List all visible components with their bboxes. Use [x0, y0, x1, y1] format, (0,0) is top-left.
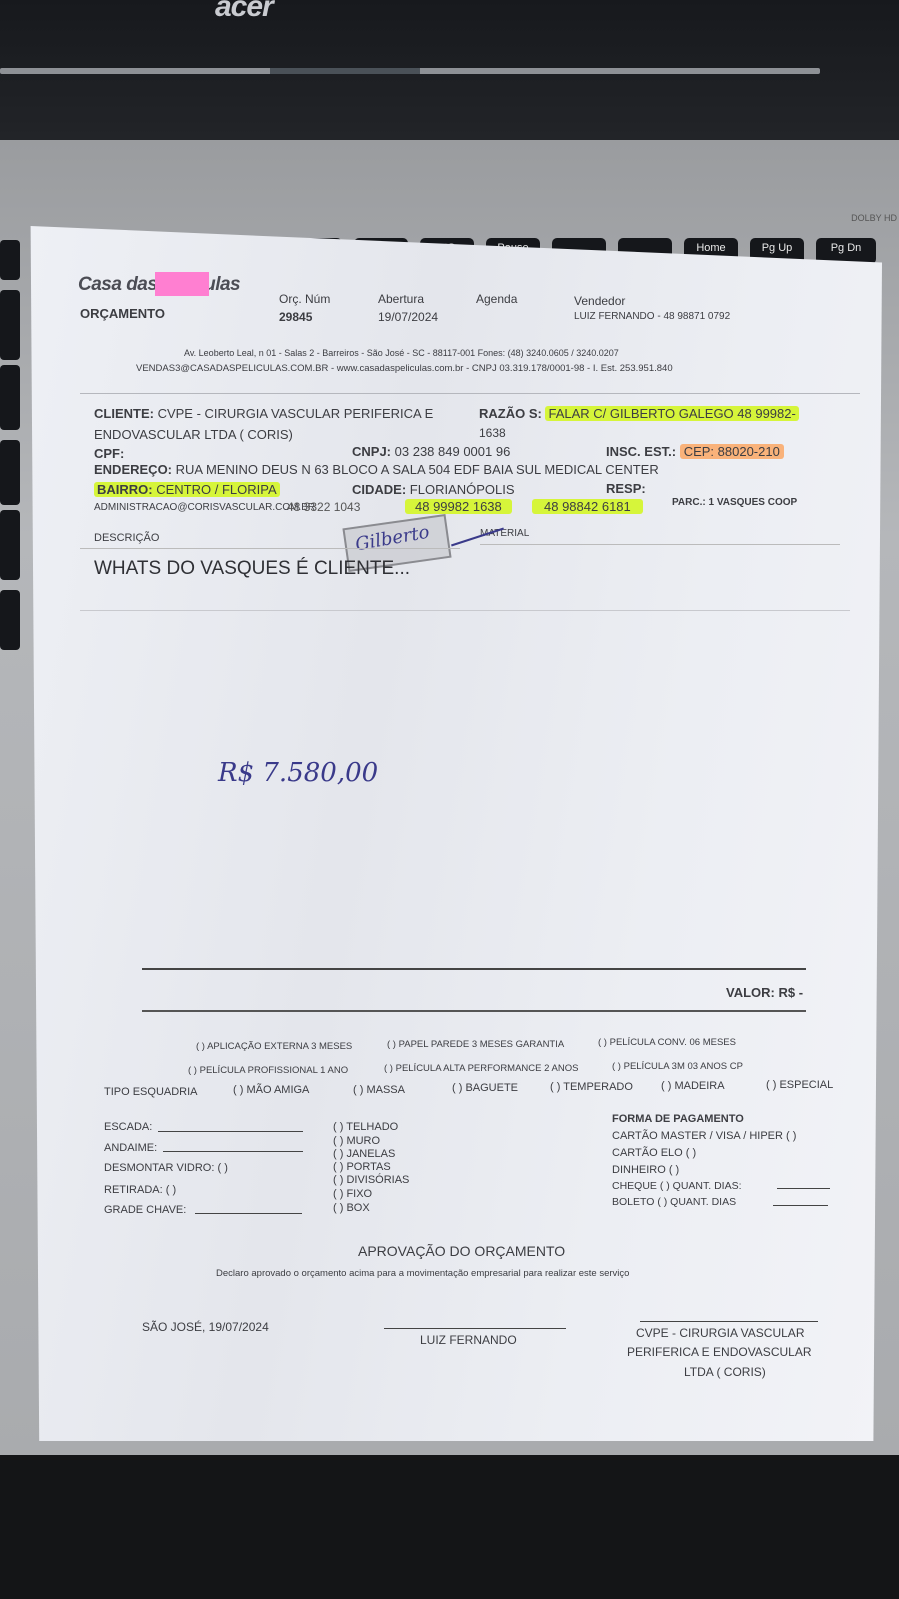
- esquadria-option[interactable]: ( ) MÃO AMIGA: [233, 1084, 309, 1096]
- cidade-value: FLORIANÓPOLIS: [410, 482, 515, 497]
- razao-field: RAZÃO S: FALAR C/ GILBERTO GALEGO 48 999…: [479, 406, 799, 421]
- value-line: [142, 1010, 806, 1012]
- location-option[interactable]: ( ) DIVISÓRIAS: [333, 1174, 409, 1186]
- orc-num-label: Orç. Núm: [279, 292, 330, 306]
- esquadria-option[interactable]: ( ) ESPECIAL: [766, 1079, 833, 1091]
- cnpj-value: 03 238 849 0001 96: [395, 444, 511, 459]
- client-signature-line3: LTDA ( CORIS): [684, 1365, 766, 1379]
- dolby-label: DOLBY HD: [851, 213, 897, 223]
- parc-info: PARC.: 1 VASQUES COOP: [672, 497, 797, 508]
- service-option[interactable]: ( ) APLICAÇÃO EXTERNA 3 MESES: [196, 1041, 352, 1052]
- abertura-date: 19/07/2024: [378, 310, 438, 324]
- left-key: [0, 365, 20, 430]
- client-signature-line2: PERIFERICA E ENDOVASCULAR: [627, 1345, 812, 1359]
- grade-chave-field: GRADE CHAVE:: [104, 1204, 186, 1216]
- razao-label: RAZÃO S:: [479, 406, 542, 421]
- payment-option[interactable]: DINHEIRO ( ): [612, 1164, 679, 1176]
- location-option[interactable]: ( ) JANELAS: [333, 1148, 395, 1160]
- laptop-bezel: acer: [0, 0, 899, 140]
- cliente-field: CLIENTE: CVPE - CIRURGIA VASCULAR PERIFE…: [94, 406, 433, 421]
- andaime-field: ANDAIME:: [104, 1142, 157, 1154]
- divider: [80, 548, 460, 549]
- left-key: [0, 510, 20, 580]
- descricao-text: WHATS DO VASQUES É CLIENTE...: [94, 558, 410, 580]
- esquadria-option[interactable]: ( ) TEMPERADO: [550, 1081, 633, 1093]
- company-address: Av. Leoberto Leal, n 01 - Salas 2 - Barr…: [184, 348, 619, 358]
- client-signature-line[interactable]: [640, 1321, 818, 1322]
- divider: [80, 393, 860, 394]
- razao-value: FALAR C/ GILBERTO GALEGO 48 99982-: [545, 406, 798, 421]
- laptop-brand-logo: acer: [215, 0, 273, 24]
- left-key: [0, 440, 20, 505]
- cliente-value: CVPE - CIRURGIA VASCULAR PERIFERICA E: [158, 406, 434, 421]
- place-date: SÃO JOSÉ, 19/07/2024: [142, 1320, 269, 1334]
- company-contact: VENDAS3@CASADASPELICULAS.COM.BR - www.ca…: [136, 363, 673, 374]
- insc-label: INSC. EST.:: [606, 444, 676, 459]
- payment-option[interactable]: CHEQUE ( ) QUANT. DIAS:: [612, 1180, 742, 1192]
- client-phone-2: 48 98842 6181: [532, 499, 643, 514]
- andaime-input-line[interactable]: [163, 1151, 303, 1152]
- redaction-mark: [155, 272, 209, 296]
- seller-signature-line[interactable]: [384, 1328, 566, 1329]
- cpf-label: CPF:: [94, 446, 124, 461]
- seller-signature-name: LUIZ FERNANDO: [420, 1333, 517, 1347]
- cliente-value-line2: ENDOVASCULAR LTDA ( CORIS): [94, 427, 293, 442]
- valor-label: VALOR: R$ -: [726, 985, 803, 1000]
- esquadria-option[interactable]: ( ) MASSA: [353, 1084, 405, 1096]
- grade-chave-input-line[interactable]: [195, 1213, 302, 1214]
- cidade-field: CIDADE: FLORIANÓPOLIS: [352, 482, 515, 497]
- approval-declaration: Declaro aprovado o orçamento acima para …: [216, 1268, 629, 1279]
- location-option[interactable]: ( ) FIXO: [333, 1188, 372, 1200]
- cnpj-field: CNPJ: 03 238 849 0001 96: [352, 444, 510, 459]
- hinge-shadow: [270, 68, 420, 74]
- bairro-label: BAIRRO:: [97, 482, 153, 497]
- descricao-label: DESCRIÇÃO: [94, 532, 159, 544]
- payment-option[interactable]: BOLETO ( ) QUANT. DIAS: [612, 1196, 736, 1208]
- service-option[interactable]: ( ) PELÍCULA PROFISSIONAL 1 ANO: [188, 1065, 348, 1076]
- location-option[interactable]: ( ) BOX: [333, 1202, 370, 1214]
- payment-option[interactable]: CARTÃO ELO ( ): [612, 1147, 696, 1159]
- cheque-days-line[interactable]: [777, 1188, 830, 1189]
- cliente-label: CLIENTE:: [94, 406, 154, 421]
- client-phone-overlap: 48 3322 1043: [287, 500, 360, 514]
- endereco-label: ENDEREÇO:: [94, 462, 172, 477]
- insc-value: CEP: 88020-210: [680, 444, 784, 459]
- doc-type: ORÇAMENTO: [80, 306, 165, 321]
- service-option[interactable]: ( ) PELÍCULA 3M 03 ANOS CP: [612, 1061, 743, 1072]
- divider: [480, 544, 840, 545]
- desk-surface: [0, 1455, 899, 1599]
- endereco-value: RUA MENINO DEUS N 63 BLOCO A SALA 504 ED…: [176, 462, 659, 477]
- resp-label: RESP:: [606, 481, 646, 496]
- agenda-label: Agenda: [476, 292, 517, 306]
- orc-num: 29845: [279, 310, 312, 324]
- payment-option[interactable]: CARTÃO MASTER / VISA / HIPER ( ): [612, 1130, 796, 1142]
- location-option[interactable]: ( ) PORTAS: [333, 1161, 391, 1173]
- left-key: [0, 240, 20, 280]
- approval-title: APROVAÇÃO DO ORÇAMENTO: [358, 1243, 565, 1259]
- escada-input-line[interactable]: [158, 1131, 303, 1132]
- service-option[interactable]: ( ) PELÍCULA ALTA PERFORMANCE 2 ANOS: [384, 1063, 578, 1074]
- insc-field: INSC. EST.: CEP: 88020-210: [606, 444, 784, 459]
- razao-value-line2: 1638: [479, 426, 506, 440]
- escada-field: ESCADA:: [104, 1121, 152, 1133]
- client-phone-1: 48 99982 1638: [405, 499, 512, 514]
- client-email: ADMINISTRACAO@CORISVASCULAR.COM.BR: [94, 502, 315, 513]
- tipo-esquadria-label: TIPO ESQUADRIA: [104, 1086, 198, 1098]
- payment-title: FORMA DE PAGAMENTO: [612, 1113, 744, 1125]
- boleto-days-line[interactable]: [773, 1205, 828, 1206]
- vendedor: LUIZ FERNANDO - 48 98871 0792: [574, 311, 730, 322]
- esquadria-option[interactable]: ( ) BAGUETE: [452, 1082, 518, 1094]
- service-option[interactable]: ( ) PELÍCULA CONV. 06 MESES: [598, 1037, 736, 1048]
- value-line: [142, 968, 806, 970]
- vendedor-label: Vendedor: [574, 294, 625, 308]
- left-key: [0, 290, 20, 360]
- location-option[interactable]: ( ) TELHADO: [333, 1121, 398, 1133]
- client-signature-line1: CVPE - CIRURGIA VASCULAR: [636, 1326, 804, 1340]
- abertura-label: Abertura: [378, 292, 424, 306]
- desmontar-vidro-field[interactable]: DESMONTAR VIDRO: ( ): [104, 1162, 228, 1174]
- divider: [80, 610, 850, 611]
- esquadria-option[interactable]: ( ) MADEIRA: [661, 1080, 725, 1092]
- bairro-value: CENTRO / FLORIPA: [156, 482, 276, 497]
- handwritten-value: R$ 7.580,00: [218, 758, 378, 788]
- endereco-field: ENDEREÇO: RUA MENINO DEUS N 63 BLOCO A S…: [94, 462, 659, 477]
- bairro-field: BAIRRO: CENTRO / FLORIPA: [94, 482, 280, 497]
- location-option[interactable]: ( ) MURO: [333, 1135, 380, 1147]
- retirada-field[interactable]: RETIRADA: ( ): [104, 1184, 176, 1196]
- left-key: [0, 590, 20, 650]
- cidade-label: CIDADE:: [352, 482, 406, 497]
- cnpj-label: CNPJ:: [352, 444, 391, 459]
- service-option[interactable]: ( ) PAPEL PAREDE 3 MESES GARANTIA: [387, 1039, 564, 1050]
